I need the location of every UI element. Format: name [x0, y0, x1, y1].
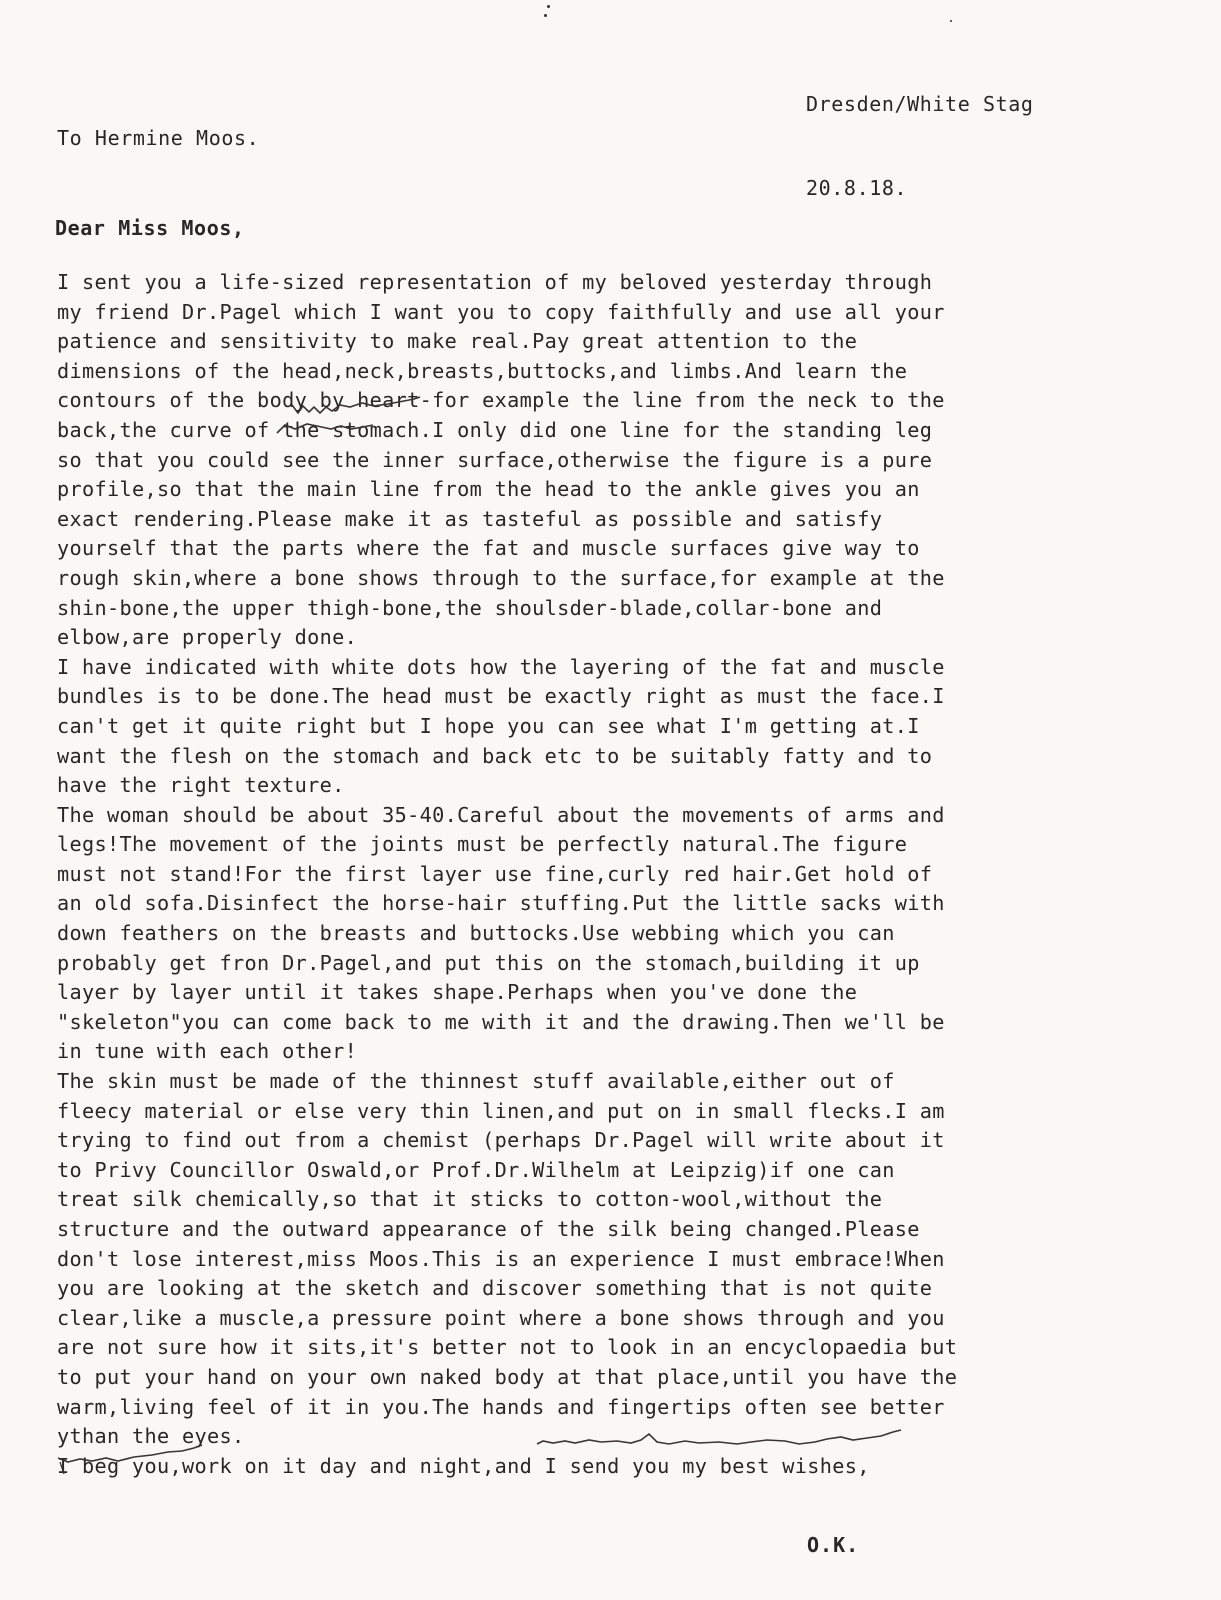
letter-body-line: yourself that the parts where the fat an…	[57, 534, 1197, 564]
letter-salutation: Dear Miss Moos,	[55, 214, 245, 242]
letter-date: 20.8.18.	[806, 174, 1034, 202]
letter-recipient: To Hermine Moos.	[57, 124, 259, 152]
letter-body-line: don't lose interest,miss Moos.This is an…	[57, 1245, 1197, 1275]
letter-page: Dresden/White Stag 20.8.18. To Hermine M…	[0, 0, 1221, 1600]
letter-body-line: to Privy Councillor Oswald,or Prof.Dr.Wi…	[57, 1156, 1197, 1186]
letter-body-line: trying to find out from a chemist (perha…	[57, 1126, 1197, 1156]
letter-body-line: warm,living feel of it in you.The hands …	[57, 1393, 1197, 1423]
letter-body-line: "skeleton"you can come back to me with i…	[57, 1008, 1197, 1038]
letter-body-line: to put your hand on your own naked body …	[57, 1363, 1197, 1393]
letter-body-line: layer by layer until it takes shape.Perh…	[57, 978, 1197, 1008]
letter-body-line: ythan the eyes.	[57, 1422, 1197, 1452]
letter-body-line: I beg you,work on it day and night,and I…	[57, 1452, 1197, 1482]
ink-speck	[950, 20, 952, 22]
letter-header: Dresden/White Stag 20.8.18.	[806, 34, 1034, 258]
letter-body-line: elbow,are properly done.	[57, 623, 1197, 653]
letter-body-line: I sent you a life-sized representation o…	[57, 268, 1197, 298]
letter-body-line: rough skin,where a bone shows through to…	[57, 564, 1197, 594]
ink-speck	[544, 14, 547, 17]
letter-body-line: patience and sensitivity to make real.Pa…	[57, 327, 1197, 357]
letter-body-line: contours of the body by heart-for exampl…	[57, 386, 1197, 416]
letter-body-line: down feathers on the breasts and buttock…	[57, 919, 1197, 949]
letter-body-line: dimensions of the head,neck,breasts,butt…	[57, 357, 1197, 387]
letter-body-line: The skin must be made of the thinnest st…	[57, 1067, 1197, 1097]
letter-body-line: shin-bone,the upper thigh-bone,the shoul…	[57, 594, 1197, 624]
letter-body-line: so that you could see the inner surface,…	[57, 446, 1197, 476]
letter-body-line: probably get fron Dr.Pagel,and put this …	[57, 949, 1197, 979]
letter-body-line: an old sofa.Disinfect the horse-hair stu…	[57, 889, 1197, 919]
letter-body-line: must not stand!For the first layer use f…	[57, 860, 1197, 890]
letter-body-line: treat silk chemically,so that it sticks …	[57, 1185, 1197, 1215]
letter-body-line: bundles is to be done.The head must be e…	[57, 682, 1197, 712]
letter-body-line: The woman should be about 35-40.Careful …	[57, 801, 1197, 831]
letter-body-line: structure and the outward appearance of …	[57, 1215, 1197, 1245]
letter-body-line: I have indicated with white dots how the…	[57, 653, 1197, 683]
letter-body-line: legs!The movement of the joints must be …	[57, 830, 1197, 860]
letter-body-line: profile,so that the main line from the h…	[57, 475, 1197, 505]
letter-place: Dresden/White Stag	[806, 90, 1034, 118]
letter-body-line: you are looking at the sketch and discov…	[57, 1274, 1197, 1304]
letter-body-line: exact rendering.Please make it as tastef…	[57, 505, 1197, 535]
letter-signature: O.K.	[807, 1533, 859, 1557]
letter-body: I sent you a life-sized representation o…	[57, 268, 1197, 1481]
letter-body-line: have the right texture.	[57, 771, 1197, 801]
letter-body-line: back,the curve of the stomach.I only did…	[57, 416, 1197, 446]
letter-body-line: clear,like a muscle,a pressure point whe…	[57, 1304, 1197, 1334]
ink-speck	[547, 5, 550, 8]
letter-body-line: my friend Dr.Pagel which I want you to c…	[57, 298, 1197, 328]
letter-body-line: in tune with each other!	[57, 1037, 1197, 1067]
letter-body-line: are not sure how it sits,it's better not…	[57, 1333, 1197, 1363]
letter-body-line: want the flesh on the stomach and back e…	[57, 742, 1197, 772]
letter-body-line: fleecy material or else very thin linen,…	[57, 1097, 1197, 1127]
letter-body-line: can't get it quite right but I hope you …	[57, 712, 1197, 742]
